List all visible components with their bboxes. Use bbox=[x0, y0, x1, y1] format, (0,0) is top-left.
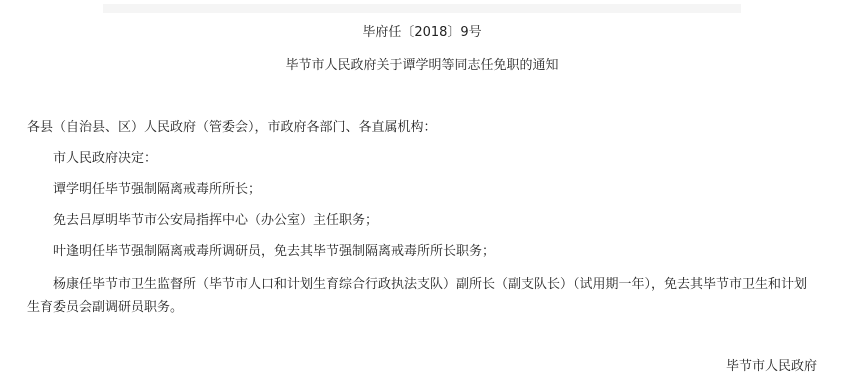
top-divider-bar bbox=[103, 4, 741, 13]
paragraph-appointment-1: 谭学明任毕节强制隔离戒毒所所长； bbox=[53, 182, 261, 198]
signature: 毕节市人民政府 bbox=[726, 359, 817, 375]
salutation: 各县（自治县、区）人民政府（管委会），市政府各部门、各直属机构： bbox=[27, 120, 437, 136]
paragraph-dismissal-1: 免去吕厚明毕节市公安局指挥中心（办公室）主任职务； bbox=[53, 213, 378, 229]
document-number: 毕府任〔2018〕9号 bbox=[0, 25, 844, 41]
document-title: 毕节市人民政府关于谭学明等同志任免职的通知 bbox=[0, 58, 844, 74]
paragraph-appointment-2: 叶逢明任毕节强制隔离戒毒所调研员，免去其毕节强制隔离戒毒所所长职务； bbox=[53, 244, 495, 260]
paragraph-appointment-3: 杨康任毕节市卫生监督所（毕节市人口和计划生育综合行政执法支队）副所长（副支队长）… bbox=[27, 273, 812, 319]
paragraph-decision: 市人民政府决定： bbox=[53, 151, 157, 167]
